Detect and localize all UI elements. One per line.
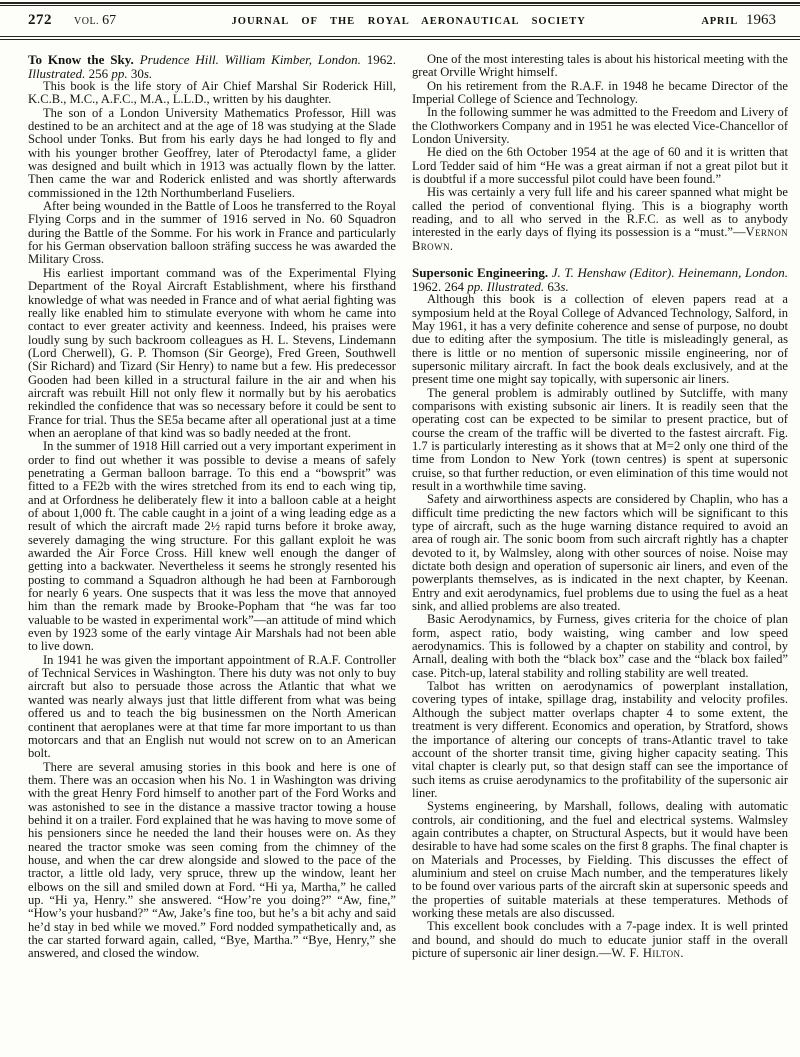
review2-paragraph-2: The general problem is admirably outline… xyxy=(412,387,788,494)
review1-paragraph-1: This book is the life story of Air Chief… xyxy=(28,80,396,107)
review1-paragraph-4: His earliest important command was of th… xyxy=(28,267,396,440)
volume-number: 67 xyxy=(102,13,116,28)
review1-paragraph-6: In 1941 he was given the important appoi… xyxy=(28,654,396,761)
review1-paragraph-9: On his retirement from the R.A.F. in 194… xyxy=(412,80,788,107)
review1-paragraph-8: One of the most interesting tales is abo… xyxy=(412,53,788,80)
review1-byline: Prudence Hill. William Kimber, London. xyxy=(140,53,361,67)
page-content: To Know the Sky. Prudence Hill. William … xyxy=(0,40,800,1055)
review2-paragraph-3: Safety and airworthiness aspects are con… xyxy=(412,493,788,613)
page-number: 272 xyxy=(28,12,52,29)
review2-heading: Supersonic Engineering. J. T. Henshaw (E… xyxy=(412,266,788,293)
review1-paragraph-2: The son of a London University Mathemati… xyxy=(28,107,396,200)
issue-month: APRIL xyxy=(701,16,738,27)
review1-paragraph-5: In the summer of 1918 Hill carried out a… xyxy=(28,440,396,654)
review2-paragraph-1: Although this book is a collection of el… xyxy=(412,293,788,386)
review1-paragraph-3: After being wounded in the Battle of Loo… xyxy=(28,200,396,267)
right-column: One of the most interesting tales is abo… xyxy=(412,53,788,1055)
left-column: To Know the Sky. Prudence Hill. William … xyxy=(28,53,396,1055)
review1-pub-year: 1962. xyxy=(367,53,396,67)
review1-heading: To Know the Sky. Prudence Hill. William … xyxy=(28,53,396,80)
review1-paragraph-11: He died on the 6th October 1954 at the a… xyxy=(412,146,788,186)
volume-label: VOL. xyxy=(74,16,99,27)
journal-title: JOURNAL OF THE ROYAL AERONAUTICAL SOCIET… xyxy=(116,16,701,27)
review1-closing-paragraph: His was certainly a very full life and h… xyxy=(412,186,788,253)
review1-paragraph-7: There are several amusing stories in thi… xyxy=(28,761,396,961)
review2-closing-paragraph: This excellent book concludes with a 7-p… xyxy=(412,920,788,960)
journal-page: 272 VOL.67 JOURNAL OF THE ROYAL AERONAUT… xyxy=(0,0,800,1057)
volume: VOL.67 xyxy=(74,11,116,29)
review2-reviewer: W. F. Hilton. xyxy=(611,946,684,960)
review2-paragraph-5: Talbot has written on aerodynamics of po… xyxy=(412,680,788,800)
review2-paragraph-6: Systems engineering, by Marshall, follow… xyxy=(412,800,788,920)
review2-paragraph-4: Basic Aerodynamics, by Furness, gives cr… xyxy=(412,613,788,680)
review2-byline: J. T. Henshaw (Editor). Heinemann, Londo… xyxy=(552,265,788,280)
page-header: 272 VOL.67 JOURNAL OF THE ROYAL AERONAUT… xyxy=(0,6,800,36)
issue-date: APRIL1963 xyxy=(701,11,776,29)
review1-paragraph-10: In the following summer he was admitted … xyxy=(412,106,788,146)
issue-year: 1963 xyxy=(746,12,776,28)
